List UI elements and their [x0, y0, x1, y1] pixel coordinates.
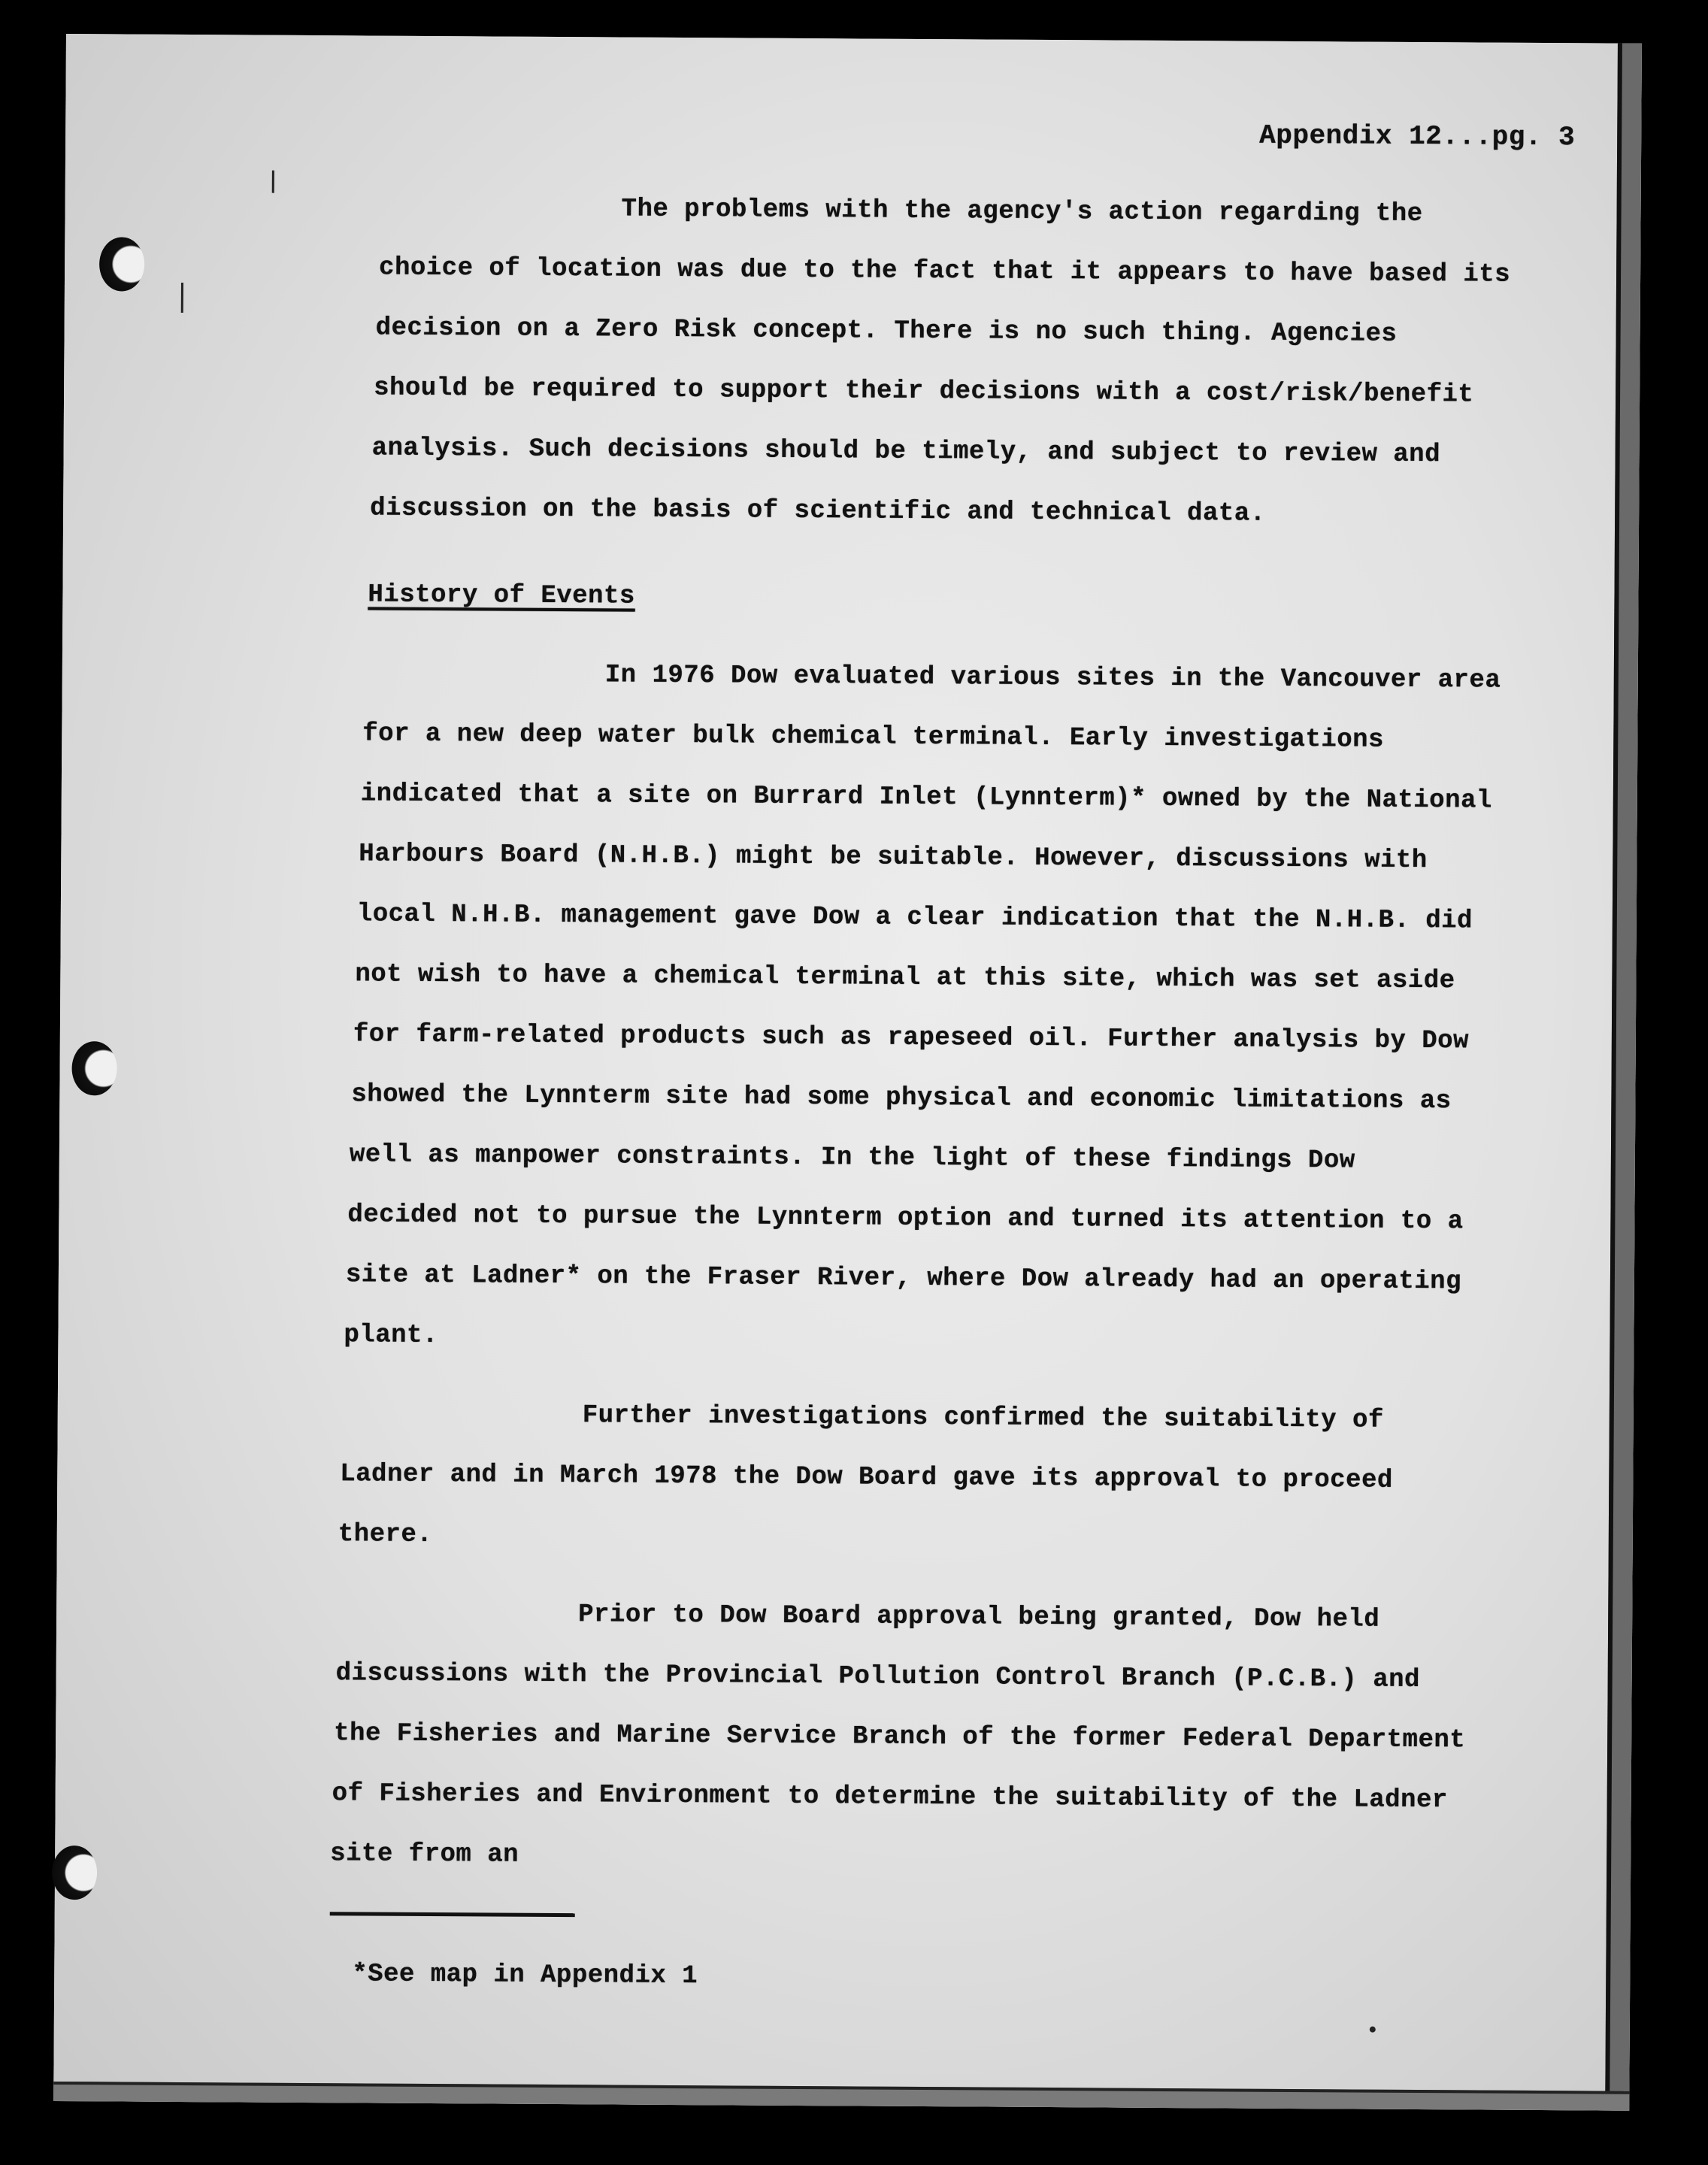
history-line: local N.H.B. management gave Dow a clear…: [357, 900, 1473, 935]
binder-hole-icon: [71, 1041, 117, 1095]
history-line: there.: [338, 1520, 433, 1549]
history-line: well as manpower constraints. In the lig…: [350, 1140, 1355, 1175]
history-line: site at Ladner* on the Fraser River, whe…: [346, 1261, 1461, 1296]
binder-hole-icon: [52, 1846, 97, 1900]
page-number-header: Appendix 12...pg. 3: [1259, 120, 1575, 153]
history-line: showed the Lynnterm site had some physic…: [351, 1080, 1451, 1116]
section-heading: History of Events: [368, 580, 635, 610]
history-line: decided not to pursue the Lynnterm optio…: [347, 1201, 1463, 1236]
history-line: plant.: [344, 1321, 438, 1350]
intro-line: decision on a Zero Risk concept. There i…: [375, 314, 1397, 349]
history-line: Further investigations confirmed the sui…: [583, 1401, 1384, 1435]
history-line: of Fisheries and Environment to determin…: [332, 1779, 1448, 1815]
history-line: for a new deep water bulk chemical termi…: [362, 719, 1384, 754]
binder-hole-icon: [99, 237, 144, 291]
page-edge-strip: [1605, 44, 1642, 2111]
history-line: Ladner and in March 1978 the Dow Board g…: [340, 1460, 1393, 1495]
intro-line: should be required to support their deci…: [374, 374, 1473, 410]
history-line: In 1976 Dow evaluated various sites in t…: [605, 661, 1501, 695]
document-page: Appendix 12...pg. 3 The problems with th…: [53, 34, 1642, 2111]
intro-line: discussion on the basis of scientific an…: [370, 494, 1266, 528]
history-line: the Fisheries and Marine Service Branch …: [334, 1719, 1465, 1755]
scan-scratch: [181, 283, 183, 313]
intro-line: choice of location was due to the fact t…: [379, 254, 1510, 289]
footnote-divider: [330, 1912, 575, 1917]
history-line: discussions with the Provincial Pollutio…: [336, 1659, 1421, 1694]
intro-line: The problems with the agency's action re…: [621, 195, 1422, 229]
scan-scratch: [272, 171, 274, 193]
history-line: Harbours Board (N.H.B.) might be suitabl…: [359, 840, 1428, 875]
history-line: Prior to Dow Board approval being grante…: [578, 1600, 1379, 1634]
history-line: indicated that a site on Burrard Inlet (…: [361, 780, 1492, 815]
footnote: *See map in Appendix 1: [352, 1960, 698, 1991]
scan-speck: [1370, 2027, 1376, 2033]
history-line: site from an: [330, 1839, 519, 1870]
history-line: for farm-related products such as rapese…: [353, 1020, 1469, 1055]
intro-line: analysis. Such decisions should be timel…: [372, 434, 1441, 469]
history-line: not wish to have a chemical terminal at …: [355, 960, 1455, 995]
page-bottom-edge: [53, 2082, 1629, 2111]
